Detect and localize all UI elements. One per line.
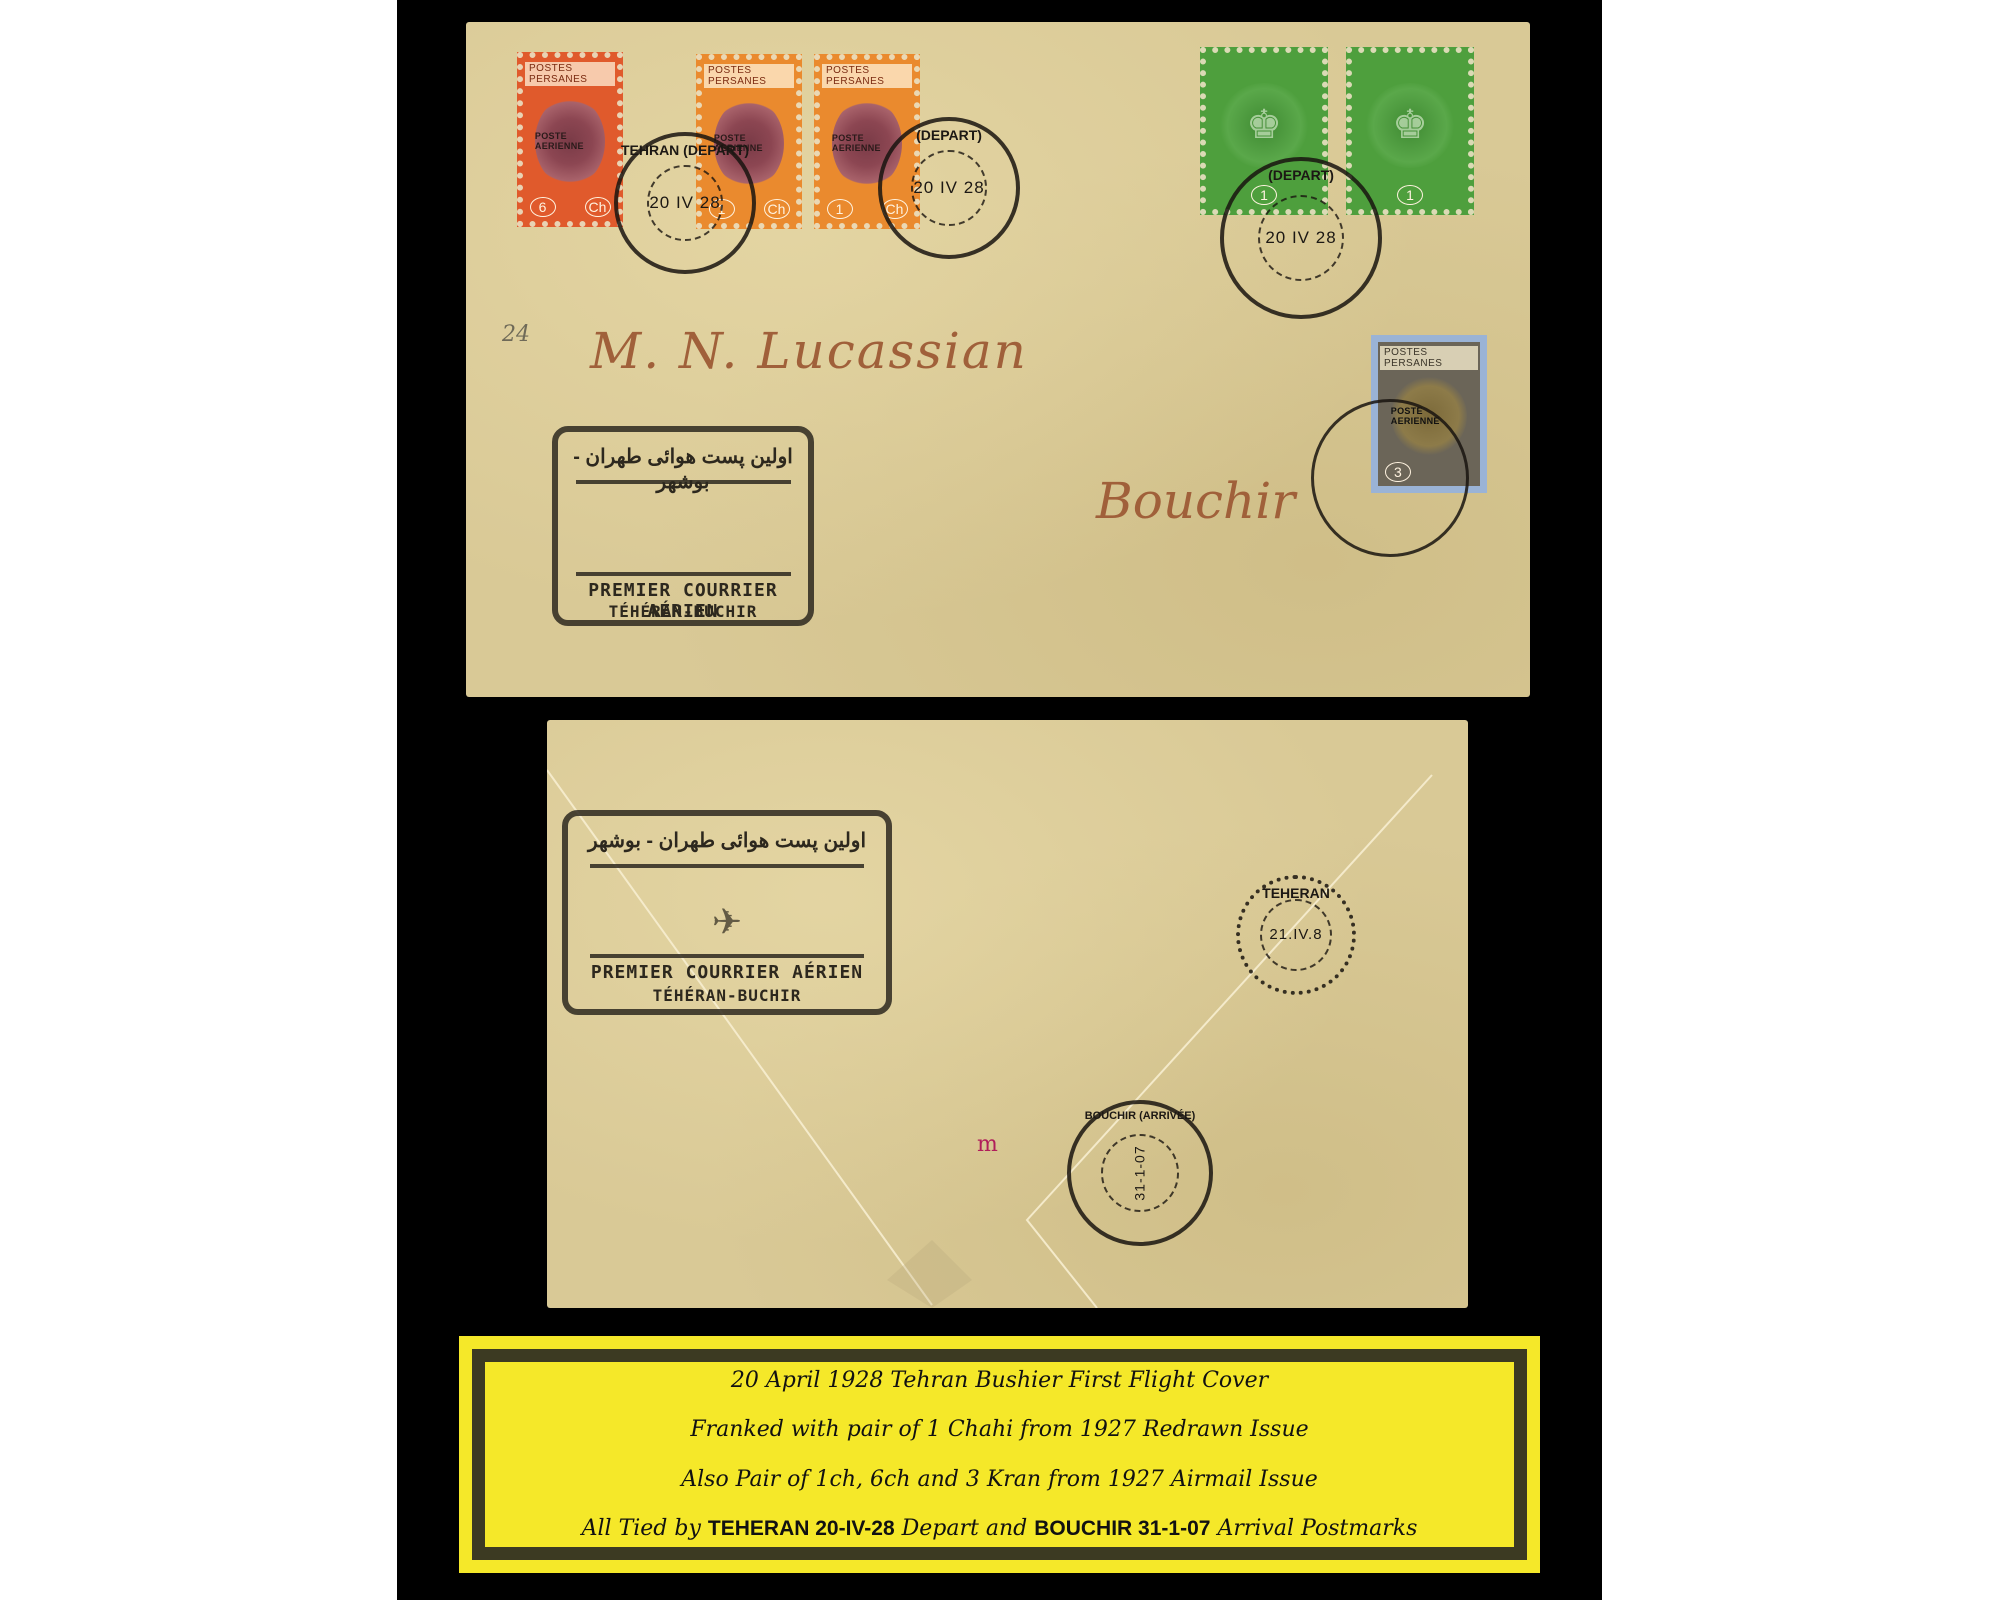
cachet-line-2: TÉHÉRAN-BUCHIR (568, 986, 886, 1005)
postmark-date: 21.IV.8 (1269, 926, 1322, 943)
caption-line-4-a: All Tied by (582, 1516, 701, 1541)
stamp-header: POSTES PERSANES (822, 64, 912, 88)
destination-handwriting: Bouchir (1096, 472, 1295, 530)
caption-depart-postmark: TEHERAN 20-IV-28 (708, 1517, 895, 1540)
crown-portrait-icon: ♚ (1392, 102, 1428, 148)
caption-arrival-postmark: BOUCHIR 31-1-07 (1034, 1517, 1210, 1540)
cachet-rule (590, 864, 864, 868)
caption-line-2: Franked with pair of 1 Chahi from 1927 R… (690, 1417, 1308, 1442)
first-flight-cachet-back: اولين پست هوائی طهران - بوشهر ✈ PREMIER … (562, 810, 892, 1015)
portrait-icon: . (1263, 57, 1265, 66)
crown-portrait-icon: ♚ (1246, 102, 1282, 148)
cachet-line-1: PREMIER COURRIER AÉRIEN (568, 962, 886, 983)
caption-line-3: Also Pair of 1ch, 6ch and 3 Kran from 19… (681, 1467, 1318, 1492)
stamp-unit: Ch (585, 197, 611, 217)
first-flight-cachet-front: اولين پست هوائی طهران - بوشهر PREMIER CO… (552, 426, 814, 626)
postmark-teheran-depart-3: (DEPART) 20 IV 28 (1220, 157, 1382, 319)
portrait-icon: . (1409, 57, 1411, 66)
stamp-overprint: POSTE AERIENNE (535, 131, 605, 151)
postmark-date: 20 IV 28 (1265, 228, 1336, 248)
caption-line-1: 20 April 1928 Tehran Bushier First Fligh… (731, 1368, 1268, 1393)
postmark-teheran-depart-1: TEHRAN (DEPART) 20 IV 28 (614, 132, 756, 274)
cachet-arabic-text: اولين پست هوائی طهران - بوشهر (558, 444, 808, 494)
caption-line-4-c: Depart and (902, 1516, 1028, 1541)
stamp-header: POSTES PERSANES (525, 62, 615, 86)
postmark-date: 20 IV 28 (913, 178, 984, 198)
stamp-value: 1 (827, 199, 853, 219)
cover-front: POSTES PERSANES POSTE AERIENNE 6Ch POSTE… (466, 22, 1530, 697)
stamp-header: POSTES PERSANES (704, 64, 794, 88)
cachet-line-2: TÉHÉRAN-BUCHIR (558, 602, 808, 621)
stamp-value: 1 (1397, 185, 1423, 205)
stamp-6ch-airmail: POSTES PERSANES POSTE AERIENNE 6Ch (517, 52, 623, 227)
stamp-unit: Ch (764, 199, 790, 219)
addressee-handwriting: M. N. Lucassian (590, 322, 1028, 380)
cachet-rule (590, 954, 864, 958)
cachet-arabic-text: اولين پست هوائی طهران - بوشهر (568, 828, 886, 853)
postmark-teheran-depart-4 (1311, 399, 1469, 557)
airplane-icon: ✈ (712, 901, 742, 943)
cachet-rule (576, 572, 791, 576)
postmark-arc-text: (DEPART) (882, 127, 1016, 143)
postmark-arc-text: TEHRAN (DEPART) (618, 142, 752, 158)
magenta-mark: m (977, 1132, 998, 1157)
caption-line-4-e: Arrival Postmarks (1217, 1516, 1417, 1541)
stamp-value: 6 (530, 197, 556, 217)
postmark-teheran-depart-2: (DEPART) 20 IV 28 (878, 117, 1020, 259)
postmark-teheran-transit: TEHERAN 21.IV.8 (1236, 875, 1356, 995)
stamp-header: POSTES PERSANES (1380, 346, 1478, 370)
cachet-rule (576, 480, 791, 484)
postmark-arc-text: BOUCHIR (ARRIVÉE) (1071, 1110, 1209, 1122)
postmark-date: 20 IV 28 (649, 193, 720, 213)
caption-line-4: All Tied by TEHERAN 20-IV-28 Depart and … (582, 1516, 1418, 1541)
postmark-arc-text: (DEPART) (1224, 167, 1378, 183)
cover-back: اولين پست هوائی طهران - بوشهر ✈ PREMIER … (547, 720, 1468, 1308)
postmark-bouchir-arrival: BOUCHIR (ARRIVÉE) 31-1-07 (1067, 1100, 1213, 1246)
pencil-note: 24 (502, 322, 530, 347)
caption-panel: 20 April 1928 Tehran Bushier First Fligh… (459, 1336, 1540, 1573)
postmark-date: 31-1-07 (1132, 1145, 1148, 1200)
